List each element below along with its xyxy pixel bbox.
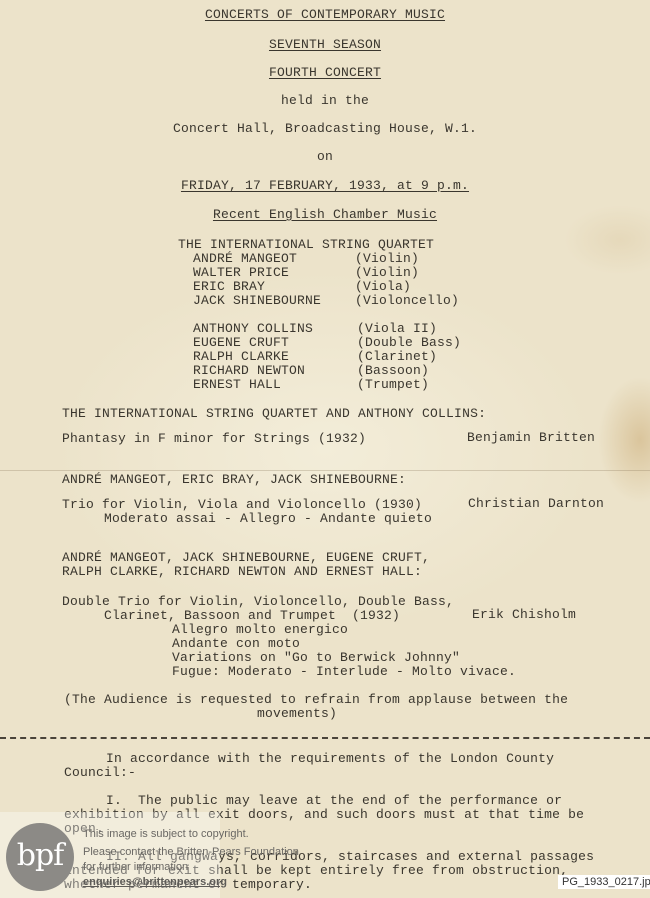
dashed-divider: [0, 737, 650, 739]
work-title: Double Trio for Violin, Violoncello, Dou…: [62, 595, 454, 609]
venue: Concert Hall, Broadcasting House, W.1.: [0, 122, 650, 136]
performer-name: EUGENE CRUFT: [193, 336, 289, 350]
performer-name: JACK SHINEBOURNE: [193, 294, 321, 308]
watermark-email-link[interactable]: enquiries@brittenpears.org: [83, 876, 227, 888]
performer-name: RICHARD NEWTON: [193, 364, 305, 378]
council-intro-cont: Council:-: [64, 766, 136, 780]
on-text: on: [0, 150, 650, 164]
performer-name: ERIC BRAY: [193, 280, 265, 294]
applause-note: (The Audience is requested to refrain fr…: [64, 693, 568, 707]
performer-name: RALPH CLARKE: [193, 350, 289, 364]
performer-instrument: (Violoncello): [355, 294, 459, 308]
item-performers: THE INTERNATIONAL STRING QUARTET AND ANT…: [62, 407, 486, 421]
ensemble-name: THE INTERNATIONAL STRING QUARTET: [178, 238, 434, 252]
concert-theme: Recent English Chamber Music: [0, 208, 650, 222]
watermark-line: This image is subject to copyright.: [83, 828, 249, 840]
performer-name: ANTHONY COLLINS: [193, 322, 313, 336]
held-in-text: held in the: [0, 94, 650, 108]
concert-title: FOURTH CONCERT: [0, 66, 650, 80]
composer: Erik Chisholm: [472, 608, 576, 622]
composer: Christian Darnton: [468, 497, 604, 511]
movement: Fugue: Moderato - Interlude - Molto viva…: [172, 665, 516, 679]
performer-instrument: (Viola II): [357, 322, 437, 336]
council-rule: I. The public may leave at the end of th…: [106, 794, 562, 808]
movement: Variations on "Go to Berwick Johnny": [172, 651, 460, 665]
season-title: SEVENTH SEASON: [0, 38, 650, 52]
composer: Benjamin Britten: [467, 431, 595, 445]
series-title: CONCERTS OF CONTEMPORARY MUSIC: [0, 8, 650, 22]
item-performers: RALPH CLARKE, RICHARD NEWTON AND ERNEST …: [62, 565, 422, 579]
concert-date: FRIDAY, 17 FEBRUARY, 1933, at 9 p.m.: [0, 179, 650, 193]
performer-instrument: (Clarinet): [357, 350, 437, 364]
performer-name: ERNEST HALL: [193, 378, 281, 392]
applause-note-cont: movements): [257, 707, 337, 721]
bpf-logo: bpf: [6, 823, 74, 891]
paper-fold: [0, 470, 650, 471]
file-name-label: PG_1933_0217.jpg: [558, 875, 650, 889]
item-performers: ANDRÉ MANGEOT, ERIC BRAY, JACK SHINEBOUR…: [62, 473, 406, 487]
council-intro: In accordance with the requirements of t…: [106, 752, 554, 766]
item-performers: ANDRÉ MANGEOT, JACK SHINEBOURNE, EUGENE …: [62, 551, 430, 565]
performer-name: WALTER PRICE: [193, 266, 289, 280]
movement: Andante con moto: [172, 637, 300, 651]
movement: Allegro molto energico: [172, 623, 348, 637]
performer-instrument: (Viola): [355, 280, 411, 294]
performer-instrument: (Bassoon): [357, 364, 429, 378]
work-title: Clarinet, Bassoon and Trumpet (1932): [104, 609, 400, 623]
watermark-line: Please contact the Britten-Pears Foundat…: [83, 846, 299, 858]
performer-instrument: (Trumpet): [357, 378, 429, 392]
work-title: Trio for Violin, Viola and Violoncello (…: [62, 498, 422, 512]
work-title: Phantasy in F minor for Strings (1932): [62, 432, 366, 446]
movement: Moderato assai - Allegro - Andante quiet…: [104, 512, 432, 526]
performer-name: ANDRÉ MANGEOT: [193, 252, 297, 266]
performer-instrument: (Violin): [355, 252, 419, 266]
watermark-line: for further information: [83, 861, 188, 873]
performer-instrument: (Double Bass): [357, 336, 461, 350]
performer-instrument: (Violin): [355, 266, 419, 280]
